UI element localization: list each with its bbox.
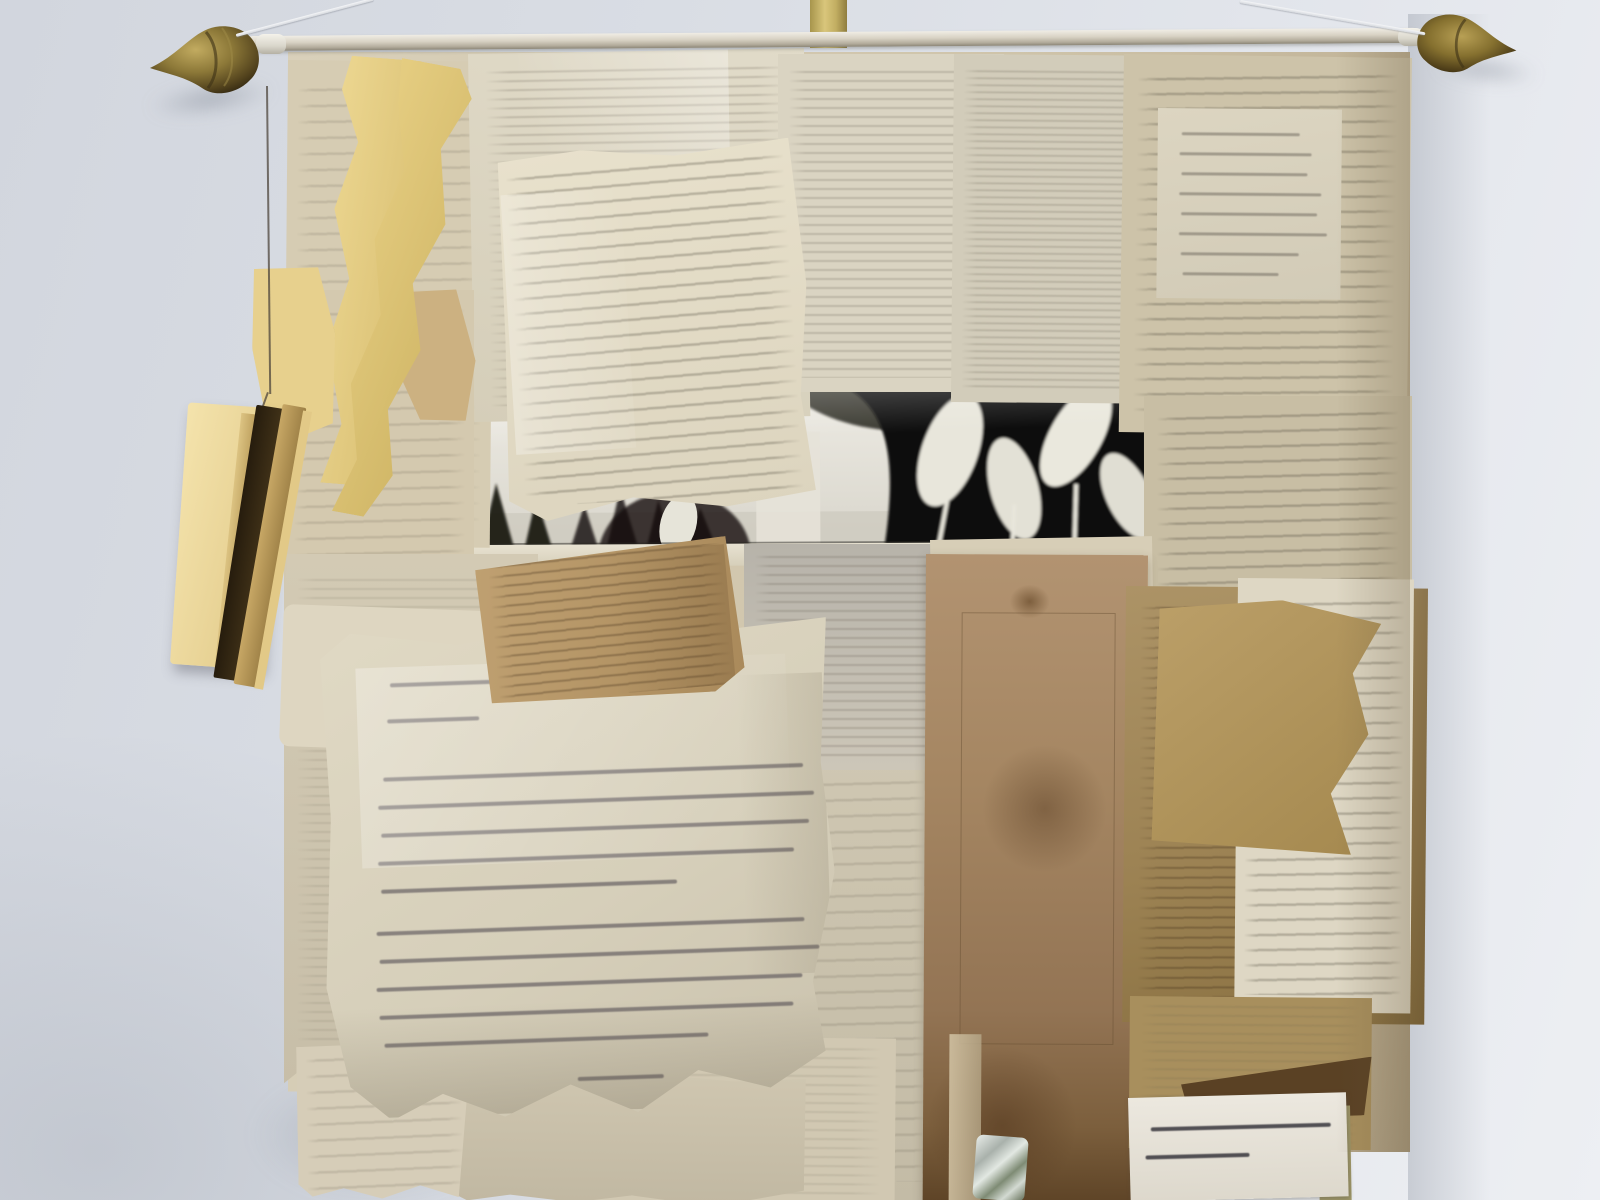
page-top-typed-3-text-texture [961,68,1146,390]
photo-of-paper-collage-installation: Photograph of an art installation: dozen… [0,0,1600,1200]
handwriting-row [377,917,805,935]
handwriting-row [1180,152,1312,156]
cursive-note [1128,1092,1349,1200]
handwriting-row [1146,1153,1250,1159]
handwriting-row [1151,1123,1331,1131]
crumple-highlight [500,188,636,455]
handwriting-row [1182,132,1300,136]
brown-translucent-sheet [923,554,1148,1200]
stain-top [1010,584,1050,618]
paper-collage-banner [0,0,1600,1200]
handwriting-row [381,879,677,893]
kraft-shade [604,544,736,694]
handwriting-row [377,973,803,991]
brass-finial-right-icon [1400,4,1520,86]
pencil-note-patch [1156,108,1342,300]
foil-scrap [972,1134,1029,1200]
fold-shade [736,672,832,975]
page-center-pencil [488,137,820,523]
banner-edge-shade [1336,52,1410,1152]
handwriting-row [1181,252,1299,256]
handwriting-row [1179,192,1321,196]
stain-mid [982,744,1107,873]
handwriting-row [1183,272,1279,275]
handwriting-row [1181,172,1307,176]
handwriting-row [1179,232,1327,236]
handwriting-row [1181,212,1317,216]
